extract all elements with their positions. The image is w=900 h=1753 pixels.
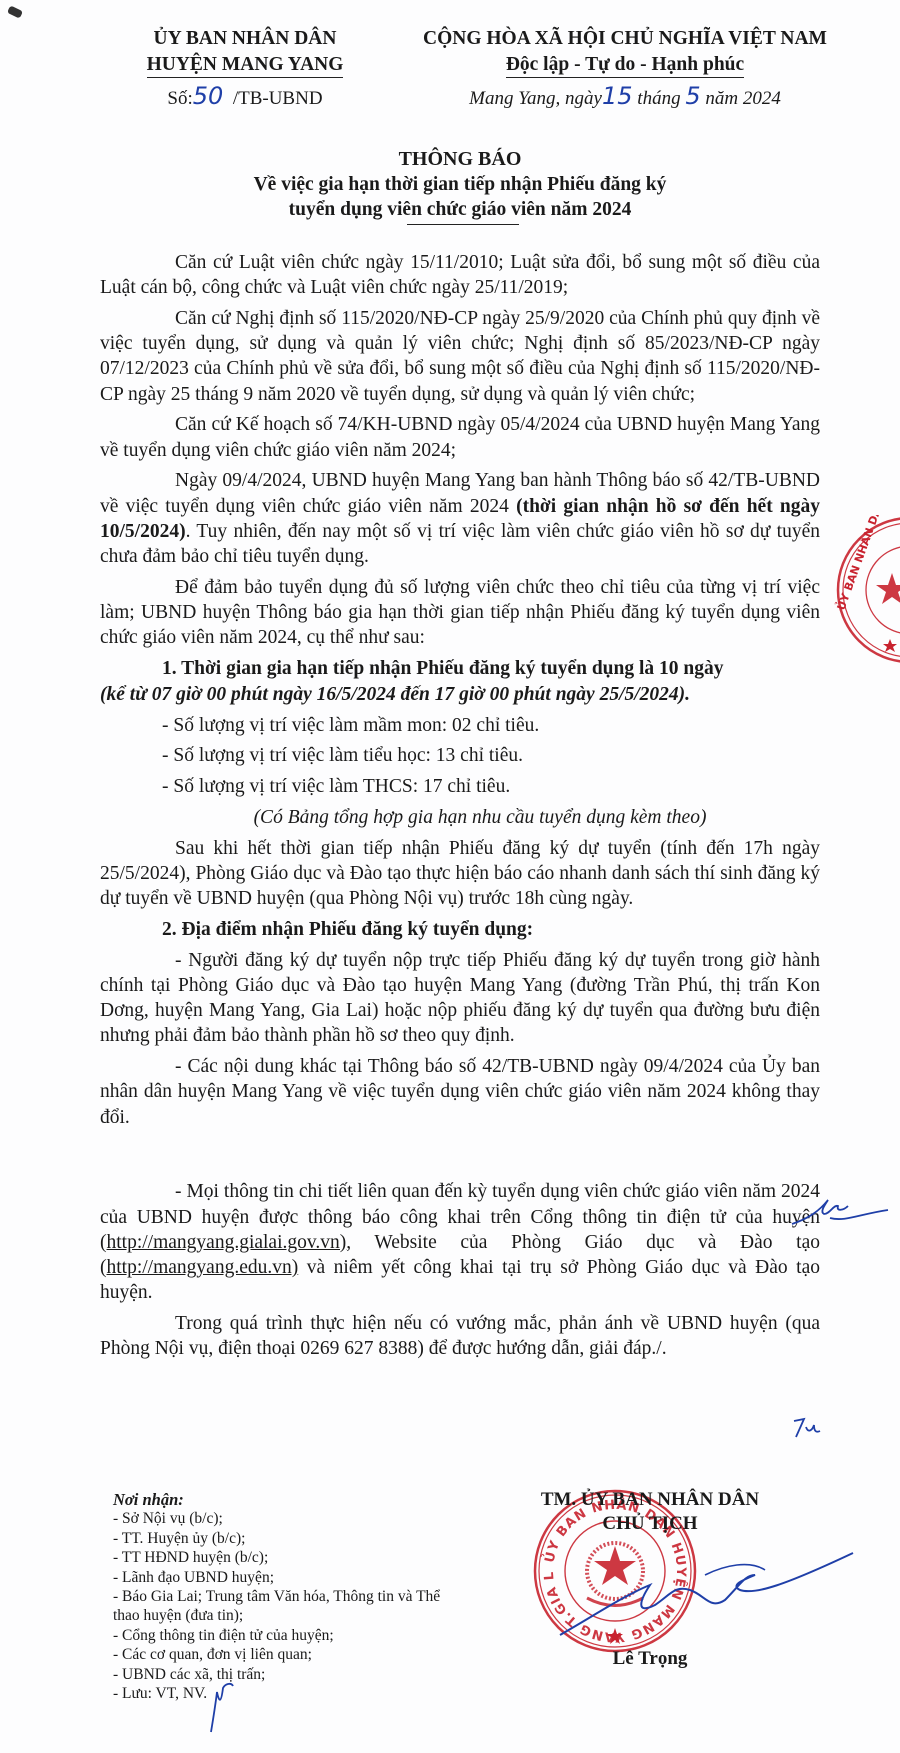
- paragraph-legal-basis-1: Căn cứ Luật viên chức ngày 15/11/2010; L…: [100, 250, 820, 300]
- authority-line2: HUYỆN MANG YANG: [147, 53, 344, 78]
- recipient-item: - Lưu: VT, NV.: [113, 1684, 443, 1703]
- quota-kindergarten: - Số lượng vị trí việc làm mầm mon: 02 c…: [100, 713, 820, 738]
- section1-heading: 1. Thời gian gia hạn tiếp nhận Phiếu đăn…: [100, 656, 820, 681]
- recipient-item: - Sở Nội vụ (b/c);: [113, 1509, 443, 1528]
- recipients-title: Nơi nhận:: [113, 1490, 443, 1509]
- paragraph-info: - Mọi thông tin chi tiết liên quan đến k…: [100, 1179, 820, 1305]
- section1-period: (kể từ 07 giờ 00 phút ngày 16/5/2024 đến…: [100, 682, 820, 707]
- national-header: CỘNG HÒA XÃ HỘI CHỦ NGHĨA VIỆT NAM Độc l…: [395, 26, 855, 113]
- paragraph-background: Ngày 09/4/2024, UBND huyện Mang Yang ban…: [100, 468, 820, 569]
- paragraph-legal-basis-2: Căn cứ Nghị định số 115/2020/NĐ-CP ngày …: [100, 306, 820, 407]
- recipient-item: - Báo Gia Lai; Trung tâm Văn hóa, Thông …: [113, 1587, 443, 1626]
- attachment-note: (Có Bảng tổng hợp gia hạn nhu cầu tuyển …: [100, 805, 820, 830]
- recipient-item: - UBND các xã, thị trấn;: [113, 1665, 443, 1684]
- quota-secondary: - Số lượng vị trí việc làm THCS: 17 chỉ …: [100, 774, 820, 799]
- recipient-item: - TT. Huyện ủy (b/c);: [113, 1529, 443, 1548]
- paragraph-purpose: Để đảm bảo tuyển dụng đủ số lượng viên c…: [100, 575, 820, 651]
- recipient-item: - Lãnh đạo UBND huyện;: [113, 1568, 443, 1587]
- paragraph-other-content: - Các nội dung khác tại Thông báo số 42/…: [100, 1054, 820, 1130]
- recipient-item: - Các cơ quan, đơn vị liên quan;: [113, 1645, 443, 1664]
- document-body: Căn cứ Luật viên chức ngày 15/11/2010; L…: [100, 250, 820, 1367]
- title-underline: [407, 224, 519, 225]
- page-gap: [100, 1135, 820, 1179]
- place-date: Mang Yang, ngày15 tháng 5 năm 2024: [395, 82, 855, 113]
- scan-artifact: [7, 5, 23, 18]
- title-main: THÔNG BÁO: [100, 146, 820, 172]
- signer-name: Lê Trọng: [480, 1648, 820, 1670]
- signer-position: CHỦ TỊCH: [480, 1512, 820, 1536]
- paragraph-submission: - Người đăng ký dự tuyển nộp trực tiếp P…: [100, 948, 820, 1049]
- paragraph-legal-basis-3: Căn cứ Kế hoạch số 74/KH-UBND ngày 05/4/…: [100, 412, 820, 462]
- handwritten-initial-mark: [205, 1680, 235, 1735]
- education-dept-link[interactable]: http://mangyang.edu.vn): [107, 1257, 299, 1278]
- national-motto: Độc lập - Tự do - Hạnh phúc: [506, 53, 744, 78]
- on-behalf-of: TM. ỦY BAN NHÂN DÂN: [480, 1488, 820, 1512]
- side-seal-partial: ỦY BAN NHÂN DÂN HUYỆN: [830, 515, 900, 665]
- handwritten-day: 15: [602, 82, 633, 110]
- issuing-authority: ỦY BAN NHÂN DÂN HUYỆN MANG YANG Số:50 /T…: [100, 26, 390, 113]
- paragraph-contact: Trong quá trình thực hiện nếu có vướng m…: [100, 1311, 820, 1361]
- handwritten-initial-mark: [790, 1192, 890, 1232]
- recipients-list: Nơi nhận: - Sở Nội vụ (b/c); - TT. Huyện…: [113, 1490, 443, 1703]
- recipient-item: - Cổng thông tin điện tử của huyện;: [113, 1626, 443, 1645]
- handwritten-initial-mark: [790, 1413, 830, 1443]
- title-sub-line2: tuyển dụng viên chức giáo viên năm 2024: [100, 197, 820, 222]
- signature-block: TM. ỦY BAN NHÂN DÂN CHỦ TỊCH: [480, 1488, 820, 1536]
- authority-line1: ỦY BAN NHÂN DÂN: [100, 26, 390, 52]
- country-name: CỘNG HÒA XÃ HỘI CHỦ NGHĨA VIỆT NAM: [395, 26, 855, 52]
- handwritten-signature: [555, 1545, 855, 1645]
- handwritten-month: 5: [685, 82, 700, 110]
- quota-primary: - Số lượng vị trí việc làm tiểu học: 13 …: [100, 743, 820, 768]
- handwritten-number: 50: [193, 82, 224, 110]
- section2-heading: 2. Địa điểm nhận Phiếu đăng ký tuyển dụn…: [100, 917, 820, 942]
- document-number: Số:50 /TB-UBND: [100, 82, 390, 113]
- district-portal-link[interactable]: http://mangyang.gialai.gov.vn): [107, 1232, 347, 1253]
- paragraph-reporting: Sau khi hết thời gian tiếp nhận Phiếu đă…: [100, 836, 820, 912]
- title-sub-line1: Về việc gia hạn thời gian tiếp nhận Phiế…: [100, 172, 820, 197]
- document-title: THÔNG BÁO Về việc gia hạn thời gian tiếp…: [100, 146, 820, 225]
- recipient-item: - TT HĐND huyện (b/c);: [113, 1548, 443, 1567]
